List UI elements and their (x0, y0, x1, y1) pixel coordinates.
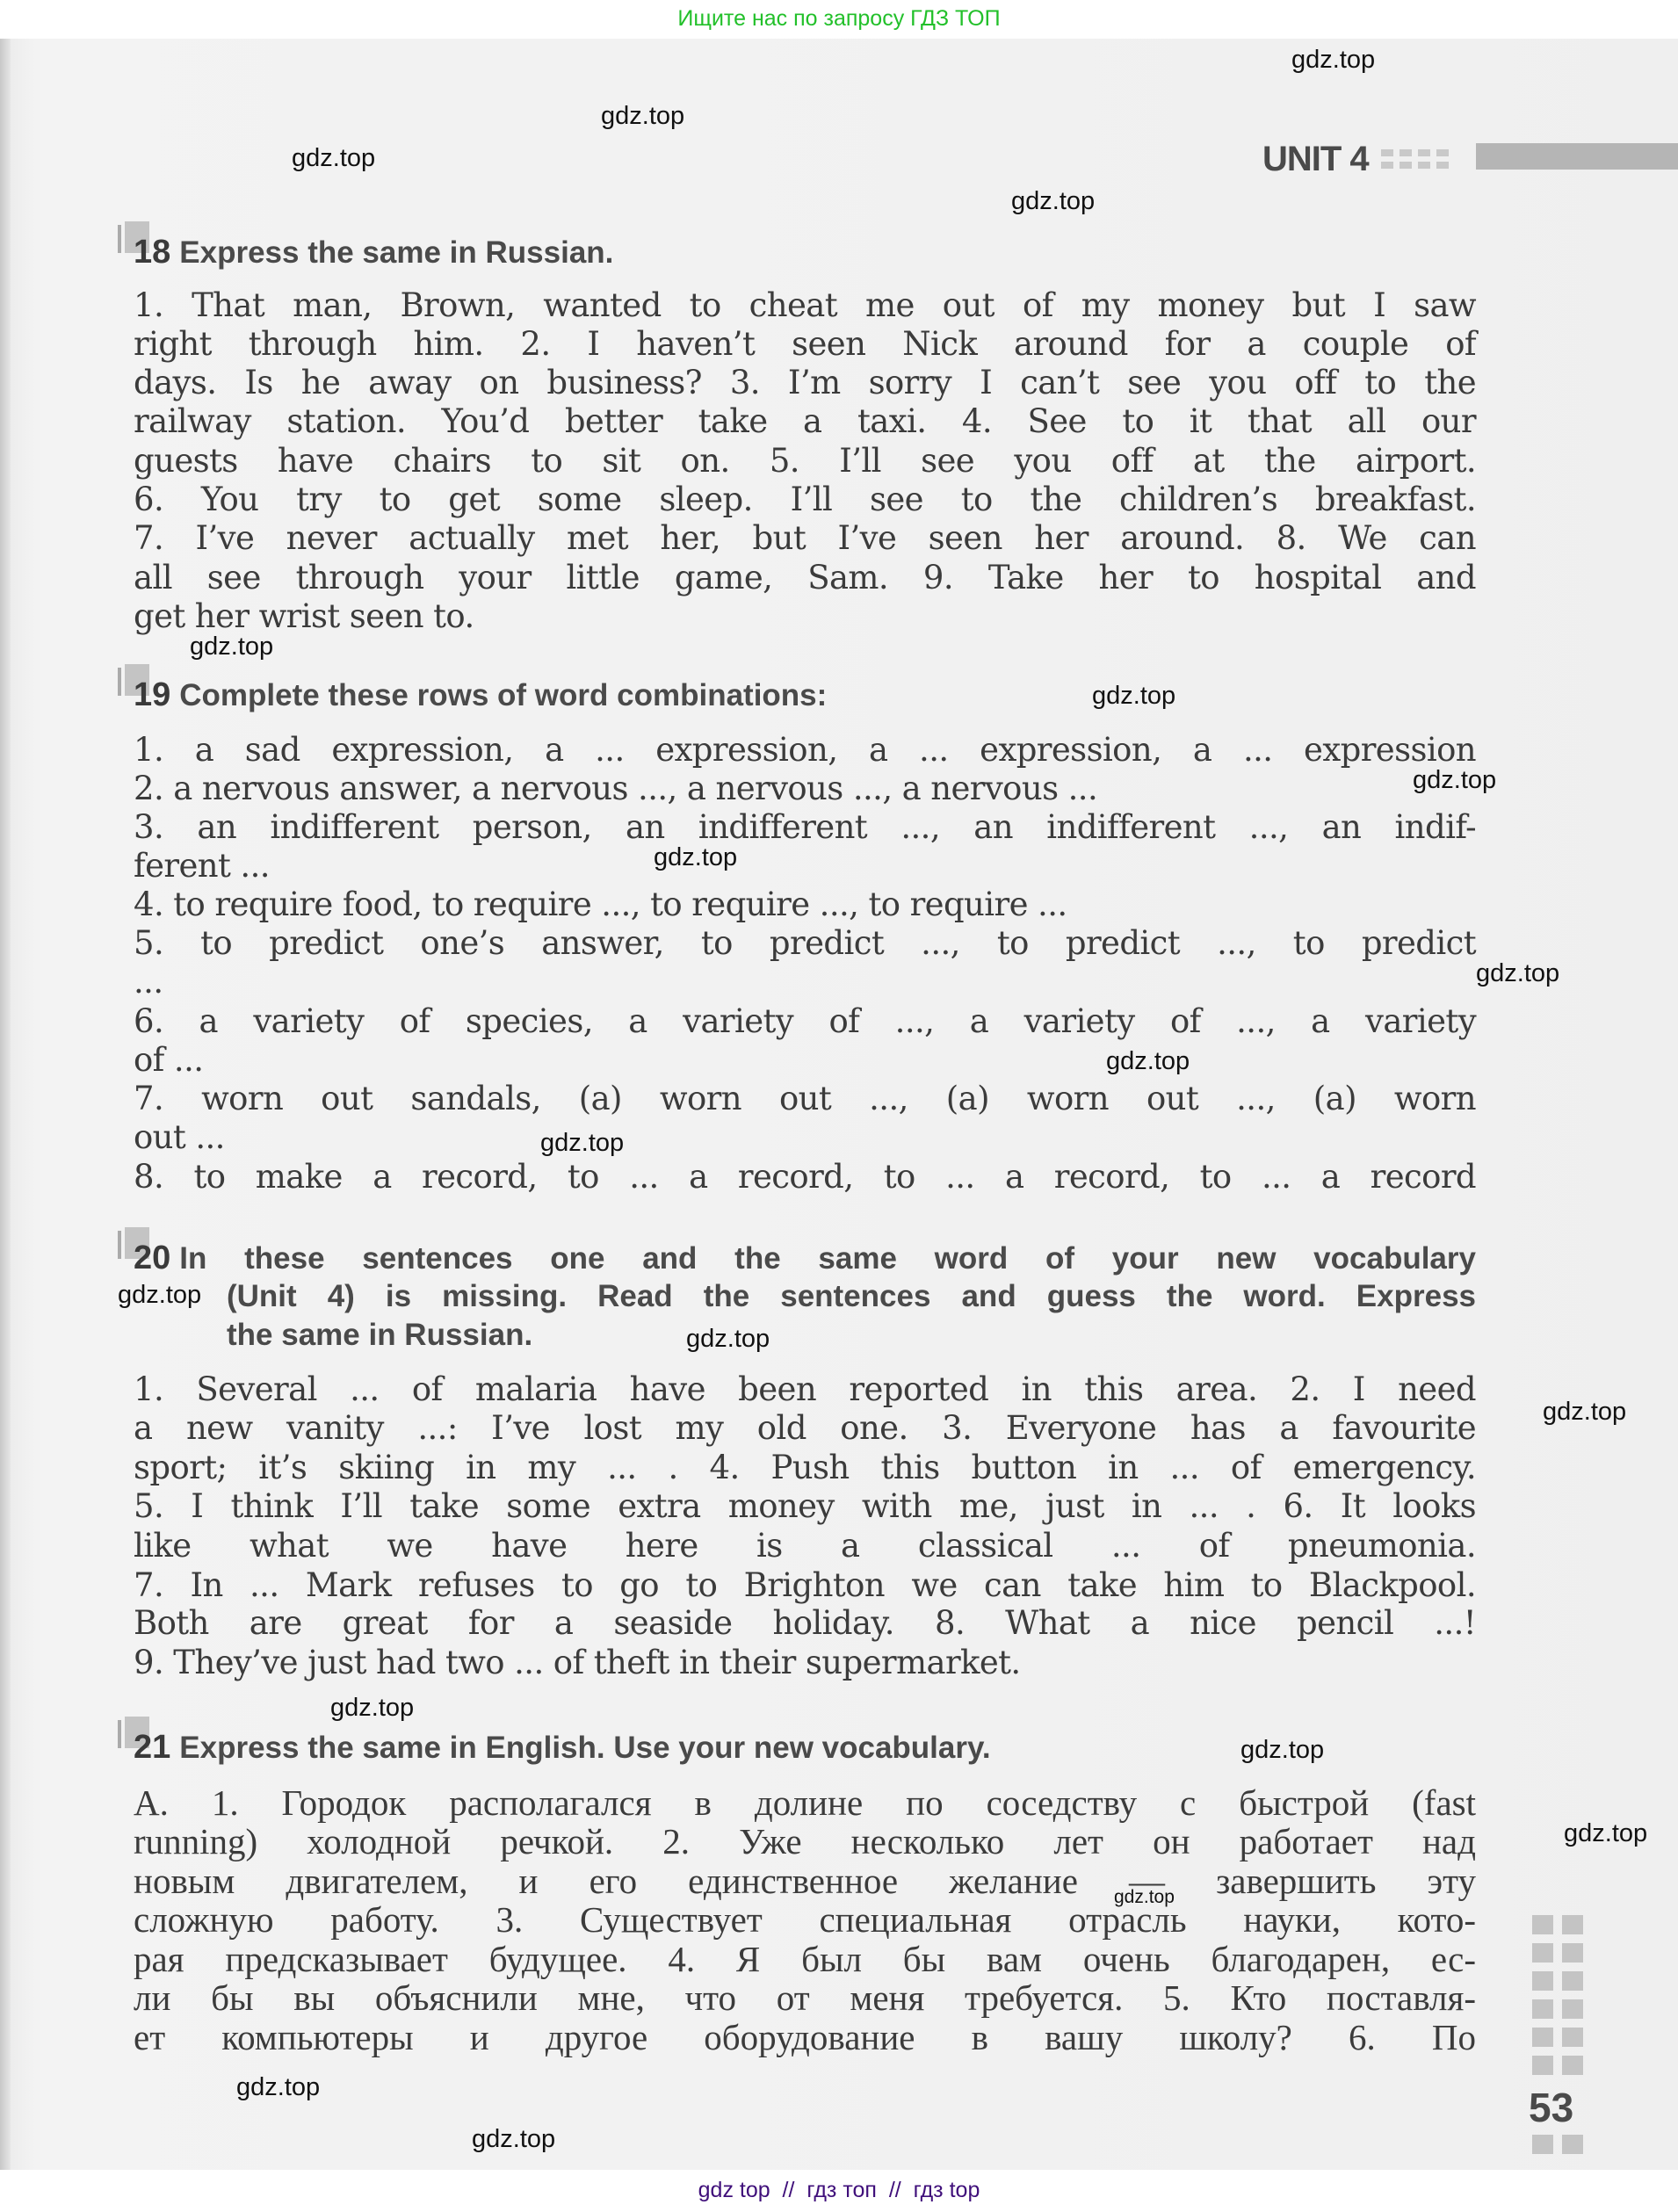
exercise-21-line: running) холодной речкой. 2. Уже несколь… (134, 1822, 1476, 1861)
unit-label: UNIT 4 (1262, 140, 1369, 179)
exercise-19-line: of ... (134, 1041, 1476, 1080)
watermark: gdz.top (540, 1129, 624, 1158)
exercise-19-line: ferent ... (134, 847, 1476, 886)
exercise-18-line: guests have chairs to sit on. 5. I’ll se… (134, 442, 1476, 481)
exercise-19-line: ... (134, 963, 1476, 1001)
exercise-19-line: 5. to predict one’s answer, to predict .… (134, 924, 1476, 963)
exercise-19-line: out ... (134, 1118, 1476, 1157)
exercise-20-line: 1. Several ... of malaria have been repo… (134, 1370, 1476, 1409)
watermark: gdz.top (1413, 766, 1496, 795)
exercise-18-line: all see through your little game, Sam. 9… (134, 559, 1476, 597)
page-binding-edge (0, 39, 11, 2170)
banner-text[interactable]: Ищите нас по запросу ГДЗ ТОП (677, 6, 1000, 31)
watermark: gdz.top (1092, 682, 1175, 711)
unit-header-bar (1476, 143, 1678, 170)
exercise-title: Express the same in English. Use your ne… (179, 1731, 990, 1765)
exercise-number: 18 (134, 234, 170, 271)
exercise-20-line: 9. They’ve just had two ... of theft in … (134, 1644, 1476, 1682)
watermark: gdz.top (1106, 1047, 1190, 1076)
exercise-title: Complete these rows of word combinations… (179, 678, 827, 712)
exercise-20-line: a new vanity ...: I’ve lost my old one. … (134, 1409, 1476, 1448)
watermark: gdz.top (686, 1325, 770, 1354)
exercise-19-line: 6. a variety of species, a variety of ..… (134, 1002, 1476, 1041)
exercise-20-heading-line: the same in Russian. (227, 1316, 1476, 1355)
watermark: gdz.top (601, 102, 684, 131)
exercise-19-heading: 19Complete these rows of word combinatio… (134, 676, 827, 714)
exercise-number: 21 (134, 1729, 170, 1766)
watermark: gdz.top (472, 2125, 555, 2154)
exercise-18-line: days. Is he away on business? 3. I’m sor… (134, 364, 1476, 402)
exercise-20-line: 5. I think I’ll take some extra money wi… (134, 1487, 1476, 1526)
exercise-18-line: right through him. 2. I haven’t seen Nic… (134, 325, 1476, 364)
watermark: gdz.top (1476, 959, 1559, 988)
unit-header: UNIT 4 (1262, 139, 1449, 179)
watermark: gdz.top (292, 144, 375, 173)
watermark: gdz.top (190, 633, 273, 661)
exercise-19-line: 8. to make a record, to ... a record, to… (134, 1158, 1476, 1196)
exercise-21-line: ли бы вы объяснили мне, что от меня треб… (134, 1978, 1476, 2017)
watermark: gdz.top (1291, 46, 1375, 75)
watermark: gdz.top (1240, 1736, 1324, 1765)
exercise-21-line: рая предсказывает будущее. 4. Я был бы в… (134, 1940, 1476, 1978)
exercise-20-line: 7. In ... Mark refuses to go to Brighton… (134, 1566, 1476, 1605)
exercise-19-line: 3. an indifferent person, an indifferent… (134, 808, 1476, 847)
exercise-20-line: sport; it’s skiing in my ... . 4. Push t… (134, 1449, 1476, 1487)
footer-links-text[interactable]: gdz top // гдз топ // гдз top (698, 2178, 980, 2202)
watermark: gdz.top (118, 1281, 201, 1310)
page-edge-decoration (1532, 1915, 1583, 2075)
exercise-21-line: новым двигателем, и его единственное жел… (134, 1861, 1476, 1900)
exercise-18-heading: 18Express the same in Russian. (134, 234, 613, 271)
top-banner[interactable]: Ищите нас по запросу ГДЗ ТОП (0, 0, 1678, 39)
watermark: gdz.top (1564, 1819, 1647, 1848)
exercise-20-heading-line: (Unit 4) is missing. Read the sentences … (227, 1277, 1476, 1316)
exercise-21-heading: 21Express the same in English. Use your … (134, 1729, 991, 1767)
exercise-number: 19 (134, 676, 170, 713)
exercise-21-line: A. 1. Городок располагался в долине по с… (134, 1783, 1476, 1822)
exercise-title: Express the same in Russian. (179, 235, 613, 270)
exercise-21-line: ет компьютеры и другое оборудование в ва… (134, 2018, 1476, 2057)
page-number: 53 (1529, 2084, 1573, 2131)
page-edge-decoration (1532, 2135, 1583, 2154)
exercise-title-line: In these sentences one and the same word… (179, 1241, 1476, 1276)
watermark: gdz.top (330, 1694, 414, 1723)
exercise-18-line: 1. That man, Brown, wanted to cheat me o… (134, 286, 1476, 325)
unit-decoration-dashes (1381, 149, 1449, 169)
exercise-21-line: сложную работу. 3. Существует специальна… (134, 1900, 1476, 1939)
exercise-number: 20 (134, 1240, 170, 1276)
exercise-18-line: get her wrist seen to. (134, 597, 1476, 636)
exercise-20-heading: 20In these sentences one and the same wo… (134, 1239, 1476, 1278)
exercise-20-line: like what we have here is a classical ..… (134, 1527, 1476, 1565)
exercise-18-line: railway station. You’d better take a tax… (134, 402, 1476, 441)
watermark: gdz.top (1114, 1887, 1175, 1908)
exercise-19-line: 4. to require food, to require ..., to r… (134, 886, 1476, 924)
bottom-footer[interactable]: gdz top // гдз топ // гдз top (0, 2170, 1678, 2212)
exercise-19-line: 1. a sad expression, a ... expression, a… (134, 731, 1476, 770)
watermark: gdz.top (1011, 187, 1095, 216)
watermark: gdz.top (236, 2073, 320, 2102)
exercise-20-line: Both are great for a seaside holiday. 8.… (134, 1604, 1476, 1643)
watermark: gdz.top (1543, 1398, 1626, 1427)
exercise-19-line: 7. worn out sandals, (a) worn out ..., (… (134, 1080, 1476, 1118)
watermark: gdz.top (654, 843, 737, 872)
exercise-18-line: 7. I’ve never actually met her, but I’ve… (134, 519, 1476, 558)
exercise-18-line: 6. You try to get some sleep. I’ll see t… (134, 481, 1476, 519)
exercise-19-line: 2. a nervous answer, a nervous ..., a ne… (134, 770, 1476, 808)
